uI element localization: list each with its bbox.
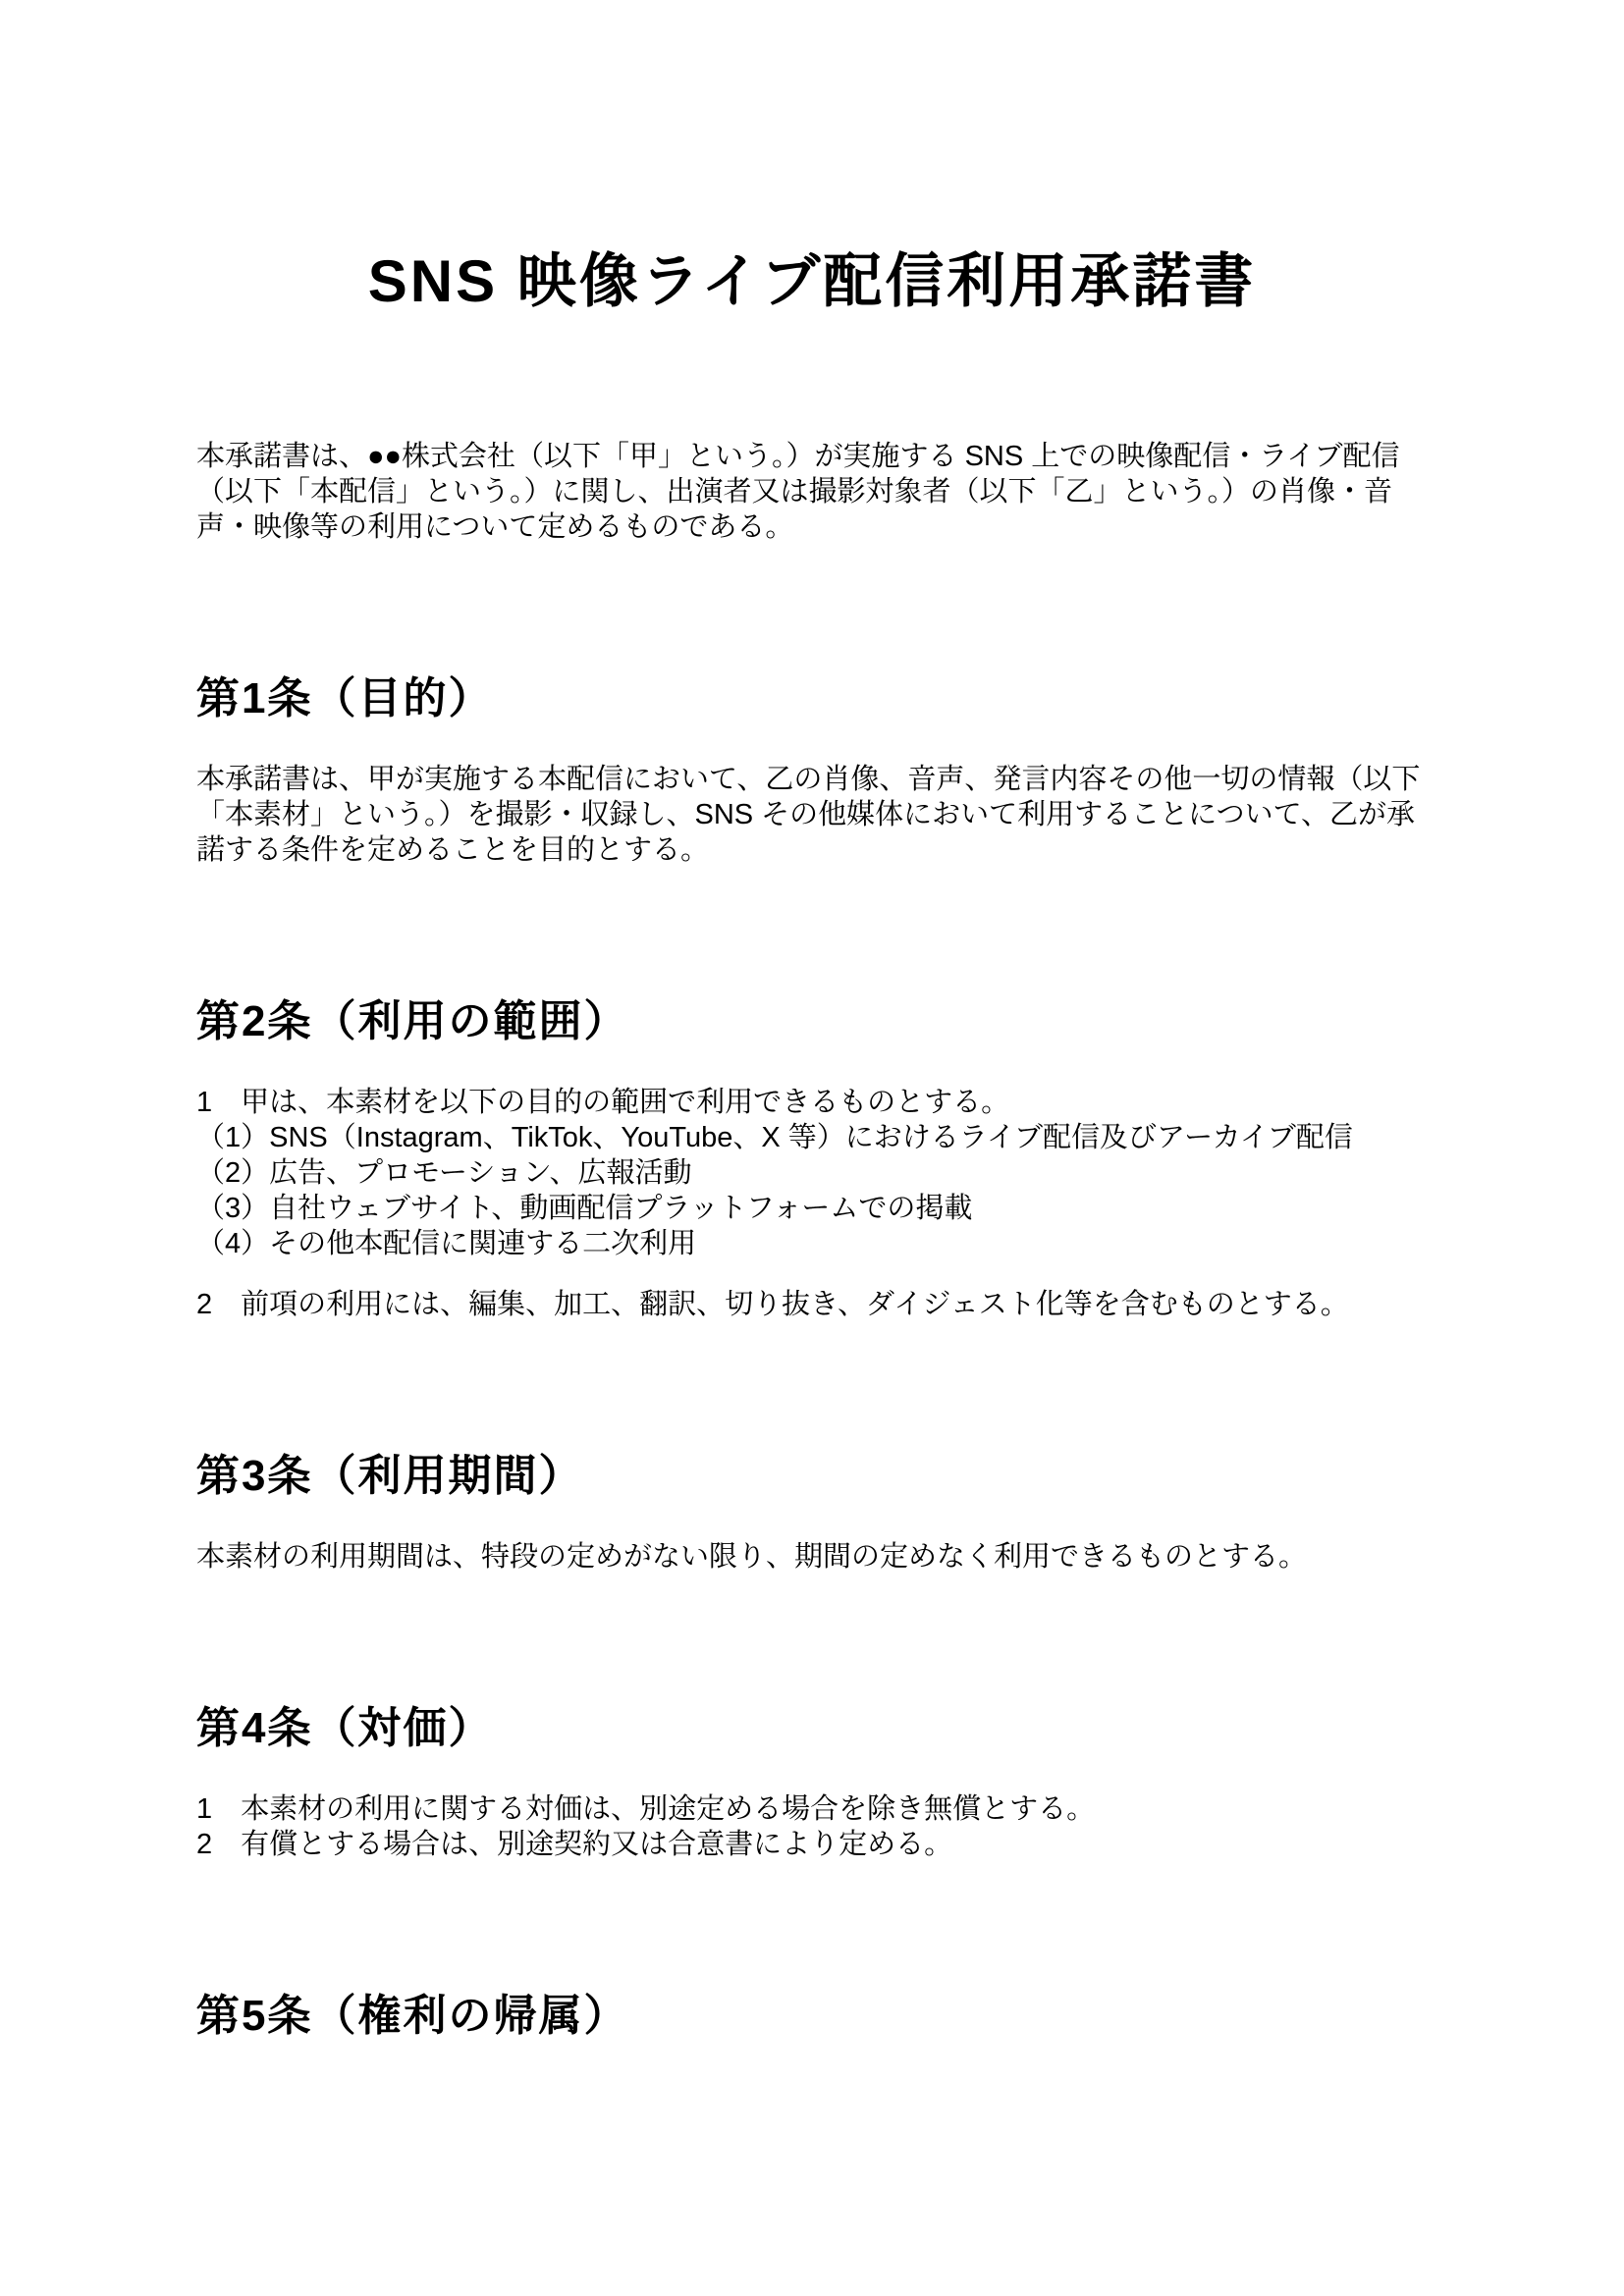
article-2-subitem-3: （3）自社ウェブサイト、動画配信プラットフォームでの掲載 <box>196 1191 1428 1226</box>
document-page: SNS 映像ライブ配信利用承諾書 本承諾書は、●●株式会社（以下「甲」という。）… <box>0 0 1624 2296</box>
article-1-heading: 第1条（目的） <box>196 672 1428 724</box>
article-2-subitem-2: （2）広告、プロモーション、広報活動 <box>196 1155 1428 1191</box>
article-1-paragraph: 本承諾書は、甲が実施する本配信において、乙の肖像、音声、発言内容その他一切の情報… <box>196 762 1428 868</box>
article-2-subitem-1: （1）SNS（Instagram、TikTok、YouTube、X 等）における… <box>196 1120 1428 1155</box>
article-2-subitem-4: （4）その他本配信に関連する二次利用 <box>196 1226 1428 1261</box>
article-4-item-2: 2 有償とする場合は、別途契約又は合意書により定める。 <box>196 1827 1428 1862</box>
document-title: SNS 映像ライブ配信利用承諾書 <box>196 247 1428 315</box>
article-2-item-2: 2 前項の利用には、編集、加工、翻訳、切り抜き、ダイジェスト化等を含むものとする… <box>196 1287 1428 1322</box>
article-3-paragraph: 本素材の利用期間は、特段の定めがない限り、期間の定めなく利用できるものとする。 <box>196 1539 1428 1575</box>
article-4: 第4条（対価） 1 本素材の利用に関する対価は、別途定める場合を除き無償とする。… <box>196 1702 1428 1862</box>
article-4-heading: 第4条（対価） <box>196 1702 1428 1754</box>
article-1: 第1条（目的） 本承諾書は、甲が実施する本配信において、乙の肖像、音声、発言内容… <box>196 672 1428 868</box>
article-2: 第2条（利用の範囲） 1 甲は、本素材を以下の目的の範囲で利用できるものとする。… <box>196 995 1428 1322</box>
article-5: 第5条（権利の帰属） <box>196 1990 1428 2042</box>
intro-paragraph: 本承諾書は、●●株式会社（以下「甲」という。）が実施する SNS 上での映像配信… <box>196 439 1428 545</box>
article-3: 第3条（利用期間） 本素材の利用期間は、特段の定めがない限り、期間の定めなく利用… <box>196 1450 1428 1575</box>
article-5-heading: 第5条（権利の帰属） <box>196 1990 1428 2042</box>
article-4-item-1: 1 本素材の利用に関する対価は、別途定める場合を除き無償とする。 <box>196 1791 1428 1827</box>
article-3-heading: 第3条（利用期間） <box>196 1450 1428 1502</box>
article-2-heading: 第2条（利用の範囲） <box>196 995 1428 1047</box>
article-2-item-1: 1 甲は、本素材を以下の目的の範囲で利用できるものとする。 <box>196 1085 1428 1120</box>
